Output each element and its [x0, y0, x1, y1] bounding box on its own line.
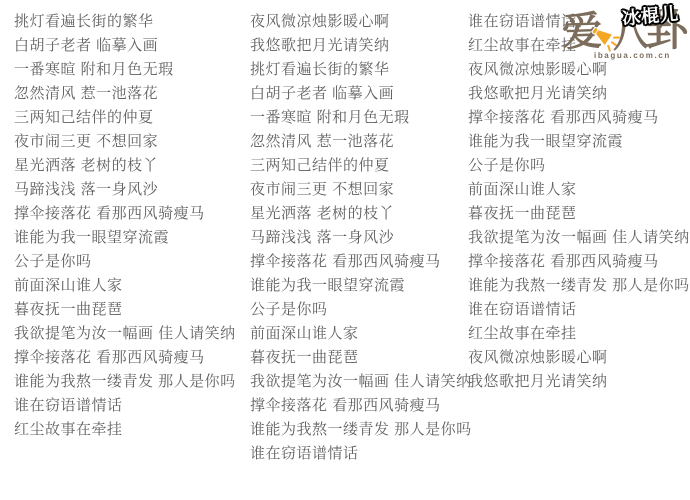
lyric-line: 谁能为我一眼望穿流霞: [14, 226, 236, 250]
lyric-line: 星光洒落 老树的枝丫: [250, 202, 472, 226]
lyric-line: 公子是你吗: [468, 154, 690, 178]
lyric-line: 夜风微凉烛影暖心啊: [250, 10, 472, 34]
lyric-line: 撑伞接落花 看那西风骑瘦马: [250, 250, 472, 274]
lyric-line: 马蹄浅浅 落一身风沙: [14, 178, 236, 202]
lyric-line: 夜市闹三更 不想回家: [250, 178, 472, 202]
lyric-line: 谁能为我熬一缕青发 那人是你吗: [250, 418, 472, 442]
lyric-line: 撑伞接落花 看那西风骑瘦马: [468, 106, 690, 130]
lyric-line: 一番寒暄 附和月色无瑕: [14, 58, 236, 82]
lyrics-page: 挑灯看遍长街的繁华 白胡子老者 临摹入画 一番寒暄 附和月色无瑕 忽然清风 惹一…: [0, 0, 690, 500]
lyric-line: 前面深山谁人家: [250, 322, 472, 346]
lyric-line: 挑灯看遍长街的繁华: [14, 10, 236, 34]
lyric-line: 我欲提笔为汝一幅画 佳人请笑纳: [468, 226, 690, 250]
lyric-line: 暮夜抚一曲琵琶: [468, 202, 690, 226]
lyric-line: 我欲提笔为汝一幅画 佳人请笑纳: [14, 322, 236, 346]
lyrics-column-1: 挑灯看遍长街的繁华 白胡子老者 临摹入画 一番寒暄 附和月色无瑕 忽然清风 惹一…: [14, 10, 236, 442]
lyric-line: 谁在窃语谱情话: [250, 442, 472, 466]
logo-domain-text: ibagua.com.cn: [594, 51, 671, 60]
lyric-line: 白胡子老者 临摹入画: [250, 82, 472, 106]
lyric-line: 撑伞接落花 看那西风骑瘦马: [468, 250, 690, 274]
lyric-line: 公子是你吗: [14, 250, 236, 274]
ibagua-watermark-logo: 爱 八 卦 ibagua.com.cn 冰棍儿: [558, 4, 690, 62]
lyric-line: 谁能为我熬一缕青发 那人是你吗: [14, 370, 236, 394]
lyric-line: 三两知己结伴的仲夏: [250, 154, 472, 178]
lyric-line: 公子是你吗: [250, 298, 472, 322]
lyric-line: 谁能为我熬一缕青发 那人是你吗: [468, 274, 690, 298]
lyric-line: 前面深山谁人家: [14, 274, 236, 298]
lyric-line: 我悠歌把月光请笑纳: [250, 34, 472, 58]
lyric-line: 三两知己结伴的仲夏: [14, 106, 236, 130]
lyric-line: 红尘故事在牵挂: [468, 322, 690, 346]
lyric-line: 谁在窃语谱情话: [14, 394, 236, 418]
lyric-line: 夜风微凉烛影暖心啊: [468, 346, 690, 370]
lyric-line: 撑伞接落花 看那西风骑瘦马: [250, 394, 472, 418]
lyric-line: 我悠歌把月光请笑纳: [468, 82, 690, 106]
lyric-line: 挑灯看遍长街的繁华: [250, 58, 472, 82]
lyric-line: 红尘故事在牵挂: [14, 418, 236, 442]
lyric-line: 星光洒落 老树的枝丫: [14, 154, 236, 178]
lyric-line: 撑伞接落花 看那西风骑瘦马: [14, 202, 236, 226]
lyric-line: 忽然清风 惹一池落花: [250, 130, 472, 154]
uploader-badge: 冰棍儿: [621, 0, 680, 30]
lyric-line: 谁能为我一眼望穿流霞: [250, 274, 472, 298]
lyrics-column-3: 谁在窃语谱情话 红尘故事在牵挂 夜风微凉烛影暖心啊 我悠歌把月光请笑纳 撑伞接落…: [468, 10, 690, 394]
lyric-line: 撑伞接落花 看那西风骑瘦马: [14, 346, 236, 370]
lyric-line: 忽然清风 惹一池落花: [14, 82, 236, 106]
lyrics-column-2: 夜风微凉烛影暖心啊 我悠歌把月光请笑纳 挑灯看遍长街的繁华 白胡子老者 临摹入画…: [250, 10, 472, 466]
lyric-line: 前面深山谁人家: [468, 178, 690, 202]
lyric-line: 马蹄浅浅 落一身风沙: [250, 226, 472, 250]
lyric-line: 谁在窃语谱情话: [468, 298, 690, 322]
lyric-line: 暮夜抚一曲琵琶: [14, 298, 236, 322]
lyric-line: 我悠歌把月光请笑纳: [468, 370, 690, 394]
lyric-line: 暮夜抚一曲琵琶: [250, 346, 472, 370]
lyric-line: 白胡子老者 临摹入画: [14, 34, 236, 58]
lyric-line: 我欲提笔为汝一幅画 佳人请笑纳: [250, 370, 472, 394]
lyric-line: 谁能为我一眼望穿流霞: [468, 130, 690, 154]
lyric-line: 夜市闹三更 不想回家: [14, 130, 236, 154]
lyric-line: 一番寒暄 附和月色无瑕: [250, 106, 472, 130]
